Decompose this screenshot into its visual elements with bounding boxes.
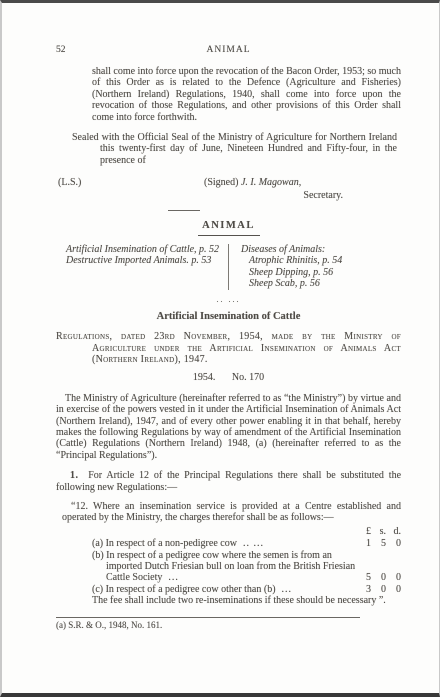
dot-leader: ...: [276, 584, 293, 595]
pence-column-header: d.: [386, 526, 401, 538]
index-entry: Artificial Insemination of Cattle, p. 52: [66, 244, 228, 255]
fee-row-c-label: (c) In respect of a pedigree cow other t…: [56, 584, 356, 595]
fee-note: The fee shall include two re-inseminatio…: [92, 595, 401, 606]
order-continuation-paragraph: shall come into force upon the revocatio…: [92, 66, 401, 123]
section-heading: ANIMAL: [56, 220, 401, 231]
signed-name: J. I. Magowan,: [241, 177, 301, 188]
dash-separator: [168, 210, 200, 211]
running-header-title: ANIMAL: [56, 45, 401, 56]
fee-row-a-shillings: 5: [371, 538, 386, 549]
fee-row-a-pounds: 1: [356, 538, 371, 549]
fee-row-b-shillings: 0: [371, 550, 386, 584]
fee-row-a: (a) In respect of a non-pedigree cow.. .…: [56, 538, 401, 549]
regulation-preamble: Regulations, dated 23rd November, 1954, …: [56, 331, 401, 365]
index-entry: Sheep Dipping, p. 56: [241, 267, 401, 278]
section-heading-rule: [198, 235, 260, 236]
regulation-number: No. 170: [232, 372, 264, 383]
signed-prefix: (Signed): [204, 177, 238, 188]
shillings-column-header: s.: [371, 526, 386, 538]
contents-index: Artificial Insemination of Cattle, p. 52…: [56, 244, 401, 290]
fee-row-a-pence: 0: [386, 538, 401, 549]
fees-header-row: £ s. d.: [56, 526, 401, 538]
fee-row-c: (c) In respect of a pedigree cow other t…: [56, 584, 401, 595]
index-left-column: Artificial Insemination of Cattle, p. 52…: [56, 244, 228, 290]
index-group-heading: Diseases of Animals:: [241, 244, 401, 255]
index-entry: Atrophic Rhinitis, p. 54: [241, 255, 401, 266]
regulation-number-line: 1954. No. 170: [56, 372, 401, 383]
dots-separator: .. ...: [56, 297, 401, 303]
fees-table: £ s. d. (a) In respect of a non-pedigree…: [56, 526, 401, 595]
fees-header-spacer: [56, 526, 356, 538]
fee-row-c-shillings: 0: [371, 584, 386, 595]
seal-mark: (L.S.): [58, 177, 81, 188]
signatory-title: Secretary.: [56, 190, 401, 201]
scanned-document-page: 52 ANIMAL shall come into force upon the…: [0, 0, 440, 697]
running-header: 52 ANIMAL: [56, 45, 401, 58]
footnote: (a) S.R. & O., 1948, No. 161.: [56, 620, 401, 631]
regulation-year: 1954.: [193, 372, 216, 383]
fee-row-b-label: (b) In respect of a pedigree cow where t…: [56, 550, 356, 584]
footnote-rule: [56, 617, 360, 618]
dot-leader: .. ...: [237, 538, 264, 549]
fee-row-c-pence: 0: [386, 584, 401, 595]
index-entry: Destructive Imported Animals. p. 53: [66, 255, 228, 266]
fee-row-a-label: (a) In respect of a non-pedigree cow.. .…: [56, 538, 356, 549]
fee-row-b: (b) In respect of a pedigree cow where t…: [56, 550, 401, 584]
regulation-title: Artificial Insemination of Cattle: [56, 311, 401, 322]
index-right-column: Diseases of Animals: Atrophic Rhinitis, …: [228, 244, 401, 290]
article-1-number: 1.: [70, 470, 79, 481]
signature-row: (L.S.) (Signed) J. I. Magowan,: [56, 177, 401, 189]
sealed-clause: Sealed with the Official Seal of the Min…: [56, 132, 397, 166]
signature: (Signed) J. I. Magowan,: [204, 177, 301, 188]
article-1-paragraph: 1. For Article 12 of the Principal Regul…: [56, 470, 401, 493]
dot-leader: ...: [162, 572, 179, 583]
ministry-paragraph: The Ministry of Agriculture (hereinafter…: [56, 393, 401, 461]
fee-row-b-pence: 0: [386, 550, 401, 584]
index-entry: Sheep Scab, p. 56: [241, 278, 401, 289]
pounds-column-header: £: [356, 526, 371, 538]
fee-row-c-pounds: 3: [356, 584, 371, 595]
quoted-regulation-12: “12. Where an insemination service is pr…: [62, 501, 401, 524]
fee-row-b-pounds: 5: [356, 550, 371, 584]
article-1-text: For Article 12 of the Principal Regulati…: [56, 470, 401, 492]
